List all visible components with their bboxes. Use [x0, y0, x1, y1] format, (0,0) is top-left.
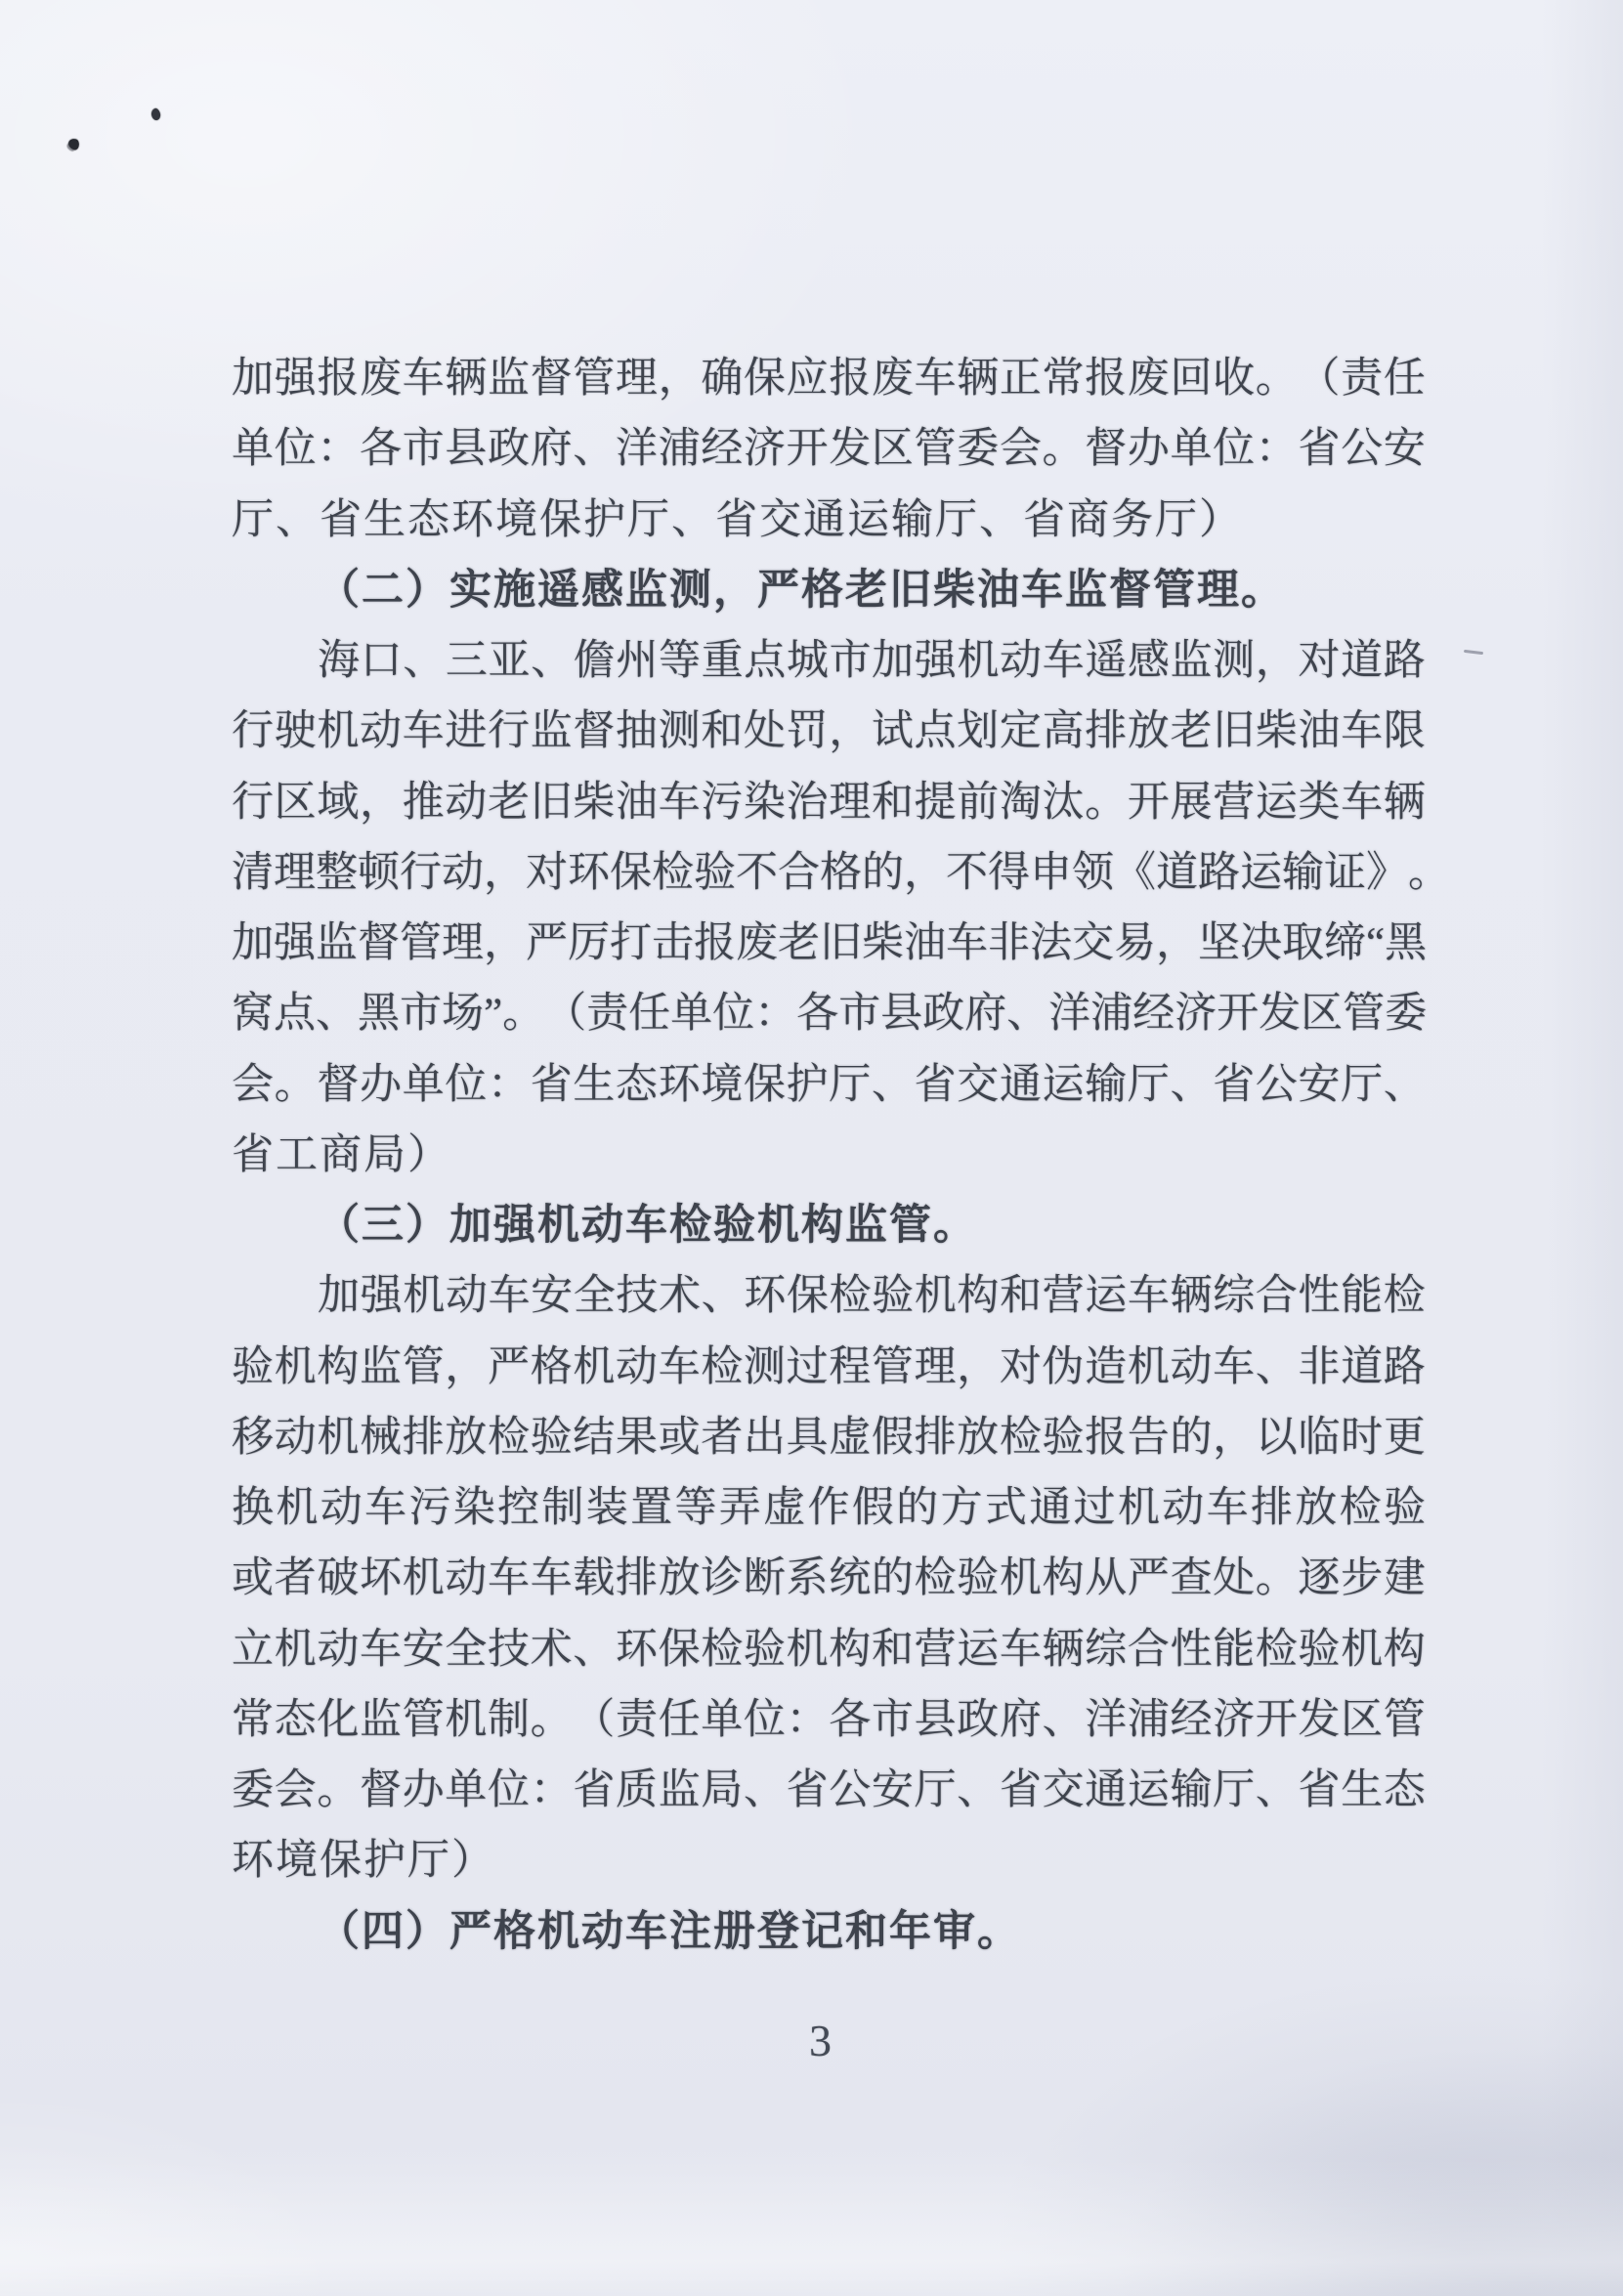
body-text-line: 立机动车安全技术、环保检验机构和营运车辆综合性能检验机构 — [232, 1615, 1426, 1685]
section-heading-line: （三）加强机动车检验机构监管。 — [232, 1191, 1426, 1261]
body-text-line: 海口、三亚、儋州等重点城市加强机动车遥感监测，对道路 — [232, 626, 1426, 697]
section-heading-line: （四）严格机动车注册登记和年审。 — [232, 1897, 1426, 1968]
body-text-line: 行区域，推动老旧柴油车污染治理和提前淘汰。开展营运类车辆 — [232, 768, 1426, 838]
paper-texture — [0, 2159, 1623, 2296]
body-text-line: 换机动车污染控制装置等弄虚作假的方式通过机动车排放检验 — [232, 1473, 1426, 1544]
body-text-line: 行驶机动车进行监督抽测和处罚，试点划定高排放老旧柴油车限 — [232, 697, 1426, 767]
body-text-line: 窝点、黑市场”。（责任单位：各市县政府、洋浦经济开发区管委 — [232, 979, 1426, 1049]
scan-artifact-dash — [1464, 650, 1483, 655]
document-text: 加强报废车辆监督管理，确保应报废车辆正常报废回收。（责任单位：各市县政府、洋浦经… — [232, 344, 1426, 1968]
ink-speck — [149, 107, 161, 121]
section-heading-line: （二）实施遥感监测，严格老旧柴油车监督管理。 — [232, 556, 1426, 626]
scan-smudge — [1115, 2042, 1623, 2296]
body-text-line: 移动机械排放检验结果或者出具虚假排放检验报告的，以临时更 — [232, 1403, 1426, 1473]
body-text-line: 会。督办单位：省生态环境保护厅、省交通运输厅、省公安厅、 — [232, 1050, 1426, 1121]
body-text-line: 委会。督办单位：省质监局、省公安厅、省交通运输厅、省生态 — [232, 1756, 1426, 1826]
body-text-line: 厅、省生态环境保护厅、省交通运输厅、省商务厅） — [232, 486, 1426, 556]
body-text-line: 清理整顿行动，对环保检验不合格的，不得申领《道路运输证》。 — [232, 838, 1426, 909]
body-text-line: 省工商局） — [232, 1121, 1426, 1191]
body-text-line: 环境保护厅） — [232, 1826, 1426, 1896]
ink-speck — [67, 138, 80, 150]
body-text-line: 或者破坏机动车车载排放诊断系统的检验机构从严查处。逐步建 — [232, 1544, 1426, 1614]
body-text-line: 加强机动车安全技术、环保检验机构和营运车辆综合性能检 — [232, 1261, 1426, 1332]
body-text-line: 加强监督管理，严厉打击报废老旧柴油车非法交易，坚决取缔“黑 — [232, 909, 1426, 979]
body-text-line: 验机构监管，严格机动车检测过程管理，对伪造机动车、非道路 — [232, 1333, 1426, 1403]
page-number: 3 — [9, 2017, 1623, 2065]
body-text-line: 单位：各市县政府、洋浦经济开发区管委会。督办单位：省公安 — [232, 414, 1426, 485]
body-text-line: 加强报废车辆监督管理，确保应报废车辆正常报废回收。（责任 — [232, 344, 1426, 414]
scanned-document-page: 加强报废车辆监督管理，确保应报废车辆正常报废回收。（责任单位：各市县政府、洋浦经… — [0, 0, 1623, 2296]
body-text-line: 常态化监管机制。（责任单位：各市县政府、洋浦经济开发区管 — [232, 1685, 1426, 1756]
